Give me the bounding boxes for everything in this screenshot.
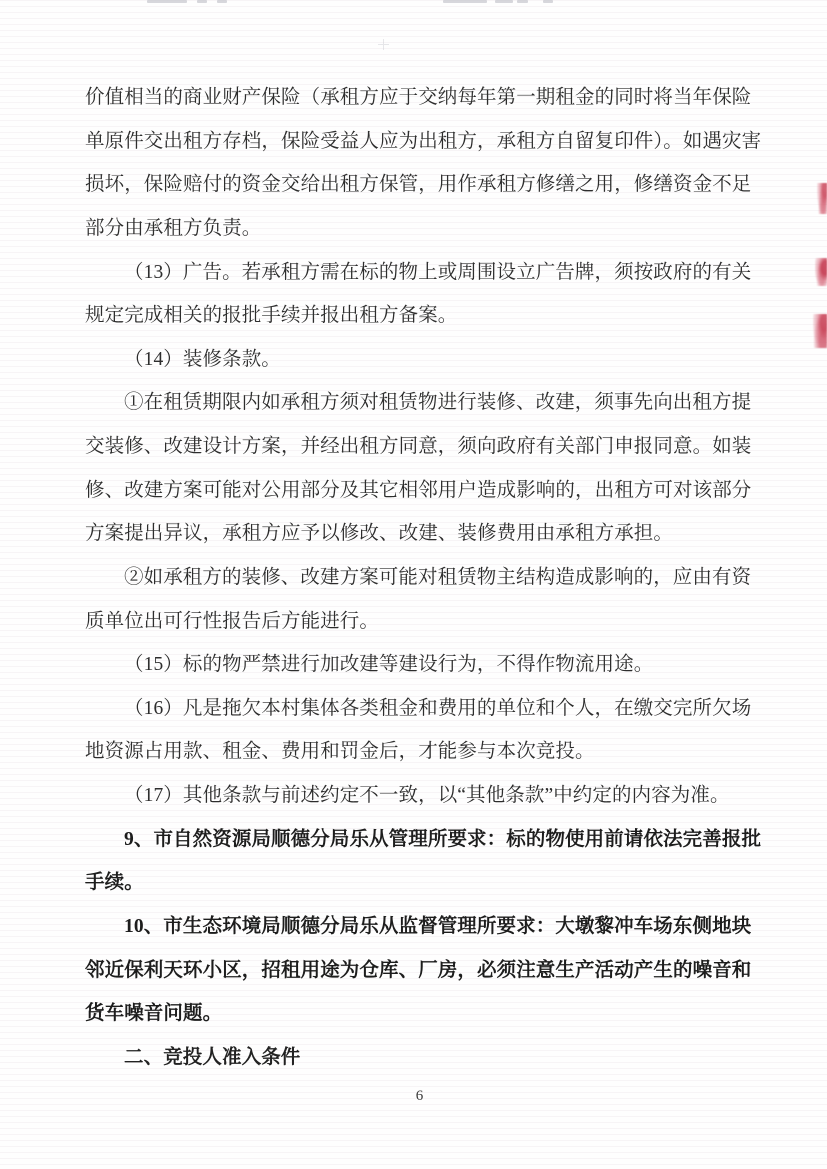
paragraph-clause-15: （15）标的物严禁进行加改建等建设行为，不得作物流用途。	[85, 643, 747, 687]
scan-artifact-dash	[197, 0, 207, 3]
paragraph-clause-14-title: （14）装修条款。	[85, 338, 747, 382]
page-number: 6	[0, 1088, 827, 1105]
text-line: 交装修、改建设计方案，并经出租方同意，须向政府有关部门申报同意。如装	[85, 425, 747, 469]
text-line: 价值相当的商业财产保险（承租方应于交纳每年第一期租金的同时将当年保险	[85, 76, 747, 120]
scan-artifact-cross	[378, 39, 389, 50]
paragraph-clause-14-item-1: ①在租赁期限内如承租方须对租赁物进行装修、改建，须事先向出租方提交装修、改建设计…	[85, 381, 747, 556]
paragraph-clause-13-advertising: （13）广告。若承租方需在标的物上或周围设立广告牌，须按政府的有关规定完成相关的…	[85, 251, 747, 338]
document-body: 价值相当的商业财产保险（承租方应于交纳每年第一期租金的同时将当年保险单原件交出租…	[85, 76, 747, 1079]
text-line: （13）广告。若承租方需在标的物上或周围设立广告牌，须按政府的有关	[85, 251, 747, 295]
red-seal-fragment	[815, 258, 827, 286]
scan-artifact-dash	[443, 0, 487, 3]
text-line: 损坏，保险赔付的资金交给出租方保管，用作承租方修缮之用，修缮资金不足	[85, 163, 747, 207]
scan-artifact-dash	[495, 0, 513, 3]
text-line: 9、市自然资源局顺德分局乐从管理所要求：标的物使用前请依法完善报批	[85, 818, 747, 862]
scan-artifact-dash	[147, 0, 187, 3]
text-line: （14）装修条款。	[85, 338, 747, 382]
text-line: 地资源占用款、租金、费用和罚金后，才能参与本次竞投。	[85, 730, 747, 774]
paragraph-insurance-continued: 价值相当的商业财产保险（承租方应于交纳每年第一期租金的同时将当年保险单原件交出租…	[85, 76, 747, 251]
red-seal-fragment	[813, 314, 827, 348]
text-line: ①在租赁期限内如承租方须对租赁物进行装修、改建，须事先向出租方提	[85, 381, 747, 425]
paragraph-clause-16: （16）凡是拖欠本村集体各类租金和费用的单位和个人，在缴交完所欠场地资源占用款、…	[85, 687, 747, 774]
paragraph-clause-14-item-2: ②如承租方的装修、改建方案可能对租赁物主结构造成影响的，应由有资质单位出可行性报…	[85, 556, 747, 643]
text-line: 单原件交出租方存档，保险受益人应为出租方，承租方自留复印件）。如遇灾害	[85, 120, 747, 164]
scan-artifact-dash	[543, 0, 553, 3]
document-page: 价值相当的商业财产保险（承租方应于交纳每年第一期租金的同时将当年保险单原件交出租…	[0, 0, 827, 1169]
scan-artifact-dash	[217, 0, 227, 3]
text-line: 规定完成相关的报批手续并报出租方备案。	[85, 294, 747, 338]
text-line: 方案提出异议，承租方应予以修改、改建、装修费用由承租方承担。	[85, 512, 747, 556]
section-heading-bidder-admission: 二、竞投人准入条件	[85, 1036, 747, 1080]
paragraph-clause-17: （17）其他条款与前述约定不一致，以“其他条款”中约定的内容为准。	[85, 774, 747, 818]
text-line: 部分由承租方负责。	[85, 207, 747, 251]
text-line: 二、竞投人准入条件	[85, 1036, 747, 1080]
scan-artifact-dash	[517, 0, 528, 3]
paragraph-item-9-requirement: 9、市自然资源局顺德分局乐从管理所要求：标的物使用前请依法完善报批手续。	[85, 818, 747, 905]
text-line: （17）其他条款与前述约定不一致，以“其他条款”中约定的内容为准。	[85, 774, 747, 818]
paragraph-item-10-requirement: 10、市生态环境局顺德分局乐从监督管理所要求：大墩黎冲车场东侧地块邻近保利天环小…	[85, 905, 747, 1036]
text-line: 手续。	[85, 861, 747, 905]
text-line: 质单位出可行性报告后方能进行。	[85, 600, 747, 644]
text-line: ②如承租方的装修、改建方案可能对租赁物主结构造成影响的，应由有资	[85, 556, 747, 600]
text-line: 货车噪音问题。	[85, 992, 747, 1036]
text-line: 邻近保利天环小区，招租用途为仓库、厂房，必须注意生产活动产生的噪音和	[85, 949, 747, 993]
text-line: 修、改建方案可能对公用部分及其它相邻用户造成影响的，出租方可对该部分	[85, 469, 747, 513]
text-line: 10、市生态环境局顺德分局乐从监督管理所要求：大墩黎冲车场东侧地块	[85, 905, 747, 949]
text-line: （16）凡是拖欠本村集体各类租金和费用的单位和个人，在缴交完所欠场	[85, 687, 747, 731]
red-seal-fragment	[817, 183, 827, 214]
text-line: （15）标的物严禁进行加改建等建设行为，不得作物流用途。	[85, 643, 747, 687]
